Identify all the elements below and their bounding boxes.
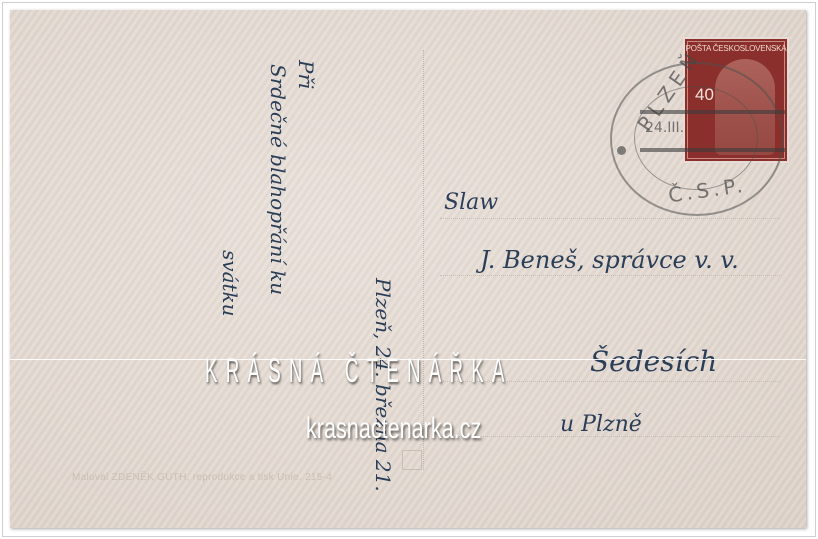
- address-line: [440, 218, 780, 219]
- stamp-header: POŠTA ČESKOSLOVENSKÁ: [683, 44, 789, 53]
- printer-credit: Maloval ZDENĚK GUTH, reprodukce a tisk U…: [72, 472, 332, 483]
- address-place: Šedesích: [590, 345, 717, 378]
- address-line: [440, 275, 780, 276]
- postmark-date: 24.III.: [645, 120, 684, 136]
- message-line-1: Při: [294, 60, 318, 89]
- message-line-2: Srdečné blahopřání ku: [266, 64, 290, 295]
- message-line-3: svátku: [218, 250, 242, 317]
- postmark-bar: [640, 110, 785, 114]
- address-recipient: J. Beneš, správce v. v.: [480, 246, 739, 274]
- publisher-logo-icon: [402, 450, 422, 470]
- postcard-divider: [423, 50, 424, 470]
- postmark-bar: [640, 148, 785, 152]
- watermark-url: krasnactenarka.cz: [306, 412, 481, 446]
- postmark-star-icon: [617, 146, 626, 155]
- watermark-title: KRÁSNÁ ČTENÁŘKA: [205, 352, 513, 391]
- address-salutation: Slaw: [444, 190, 498, 215]
- address-region: u Plzně: [560, 412, 642, 437]
